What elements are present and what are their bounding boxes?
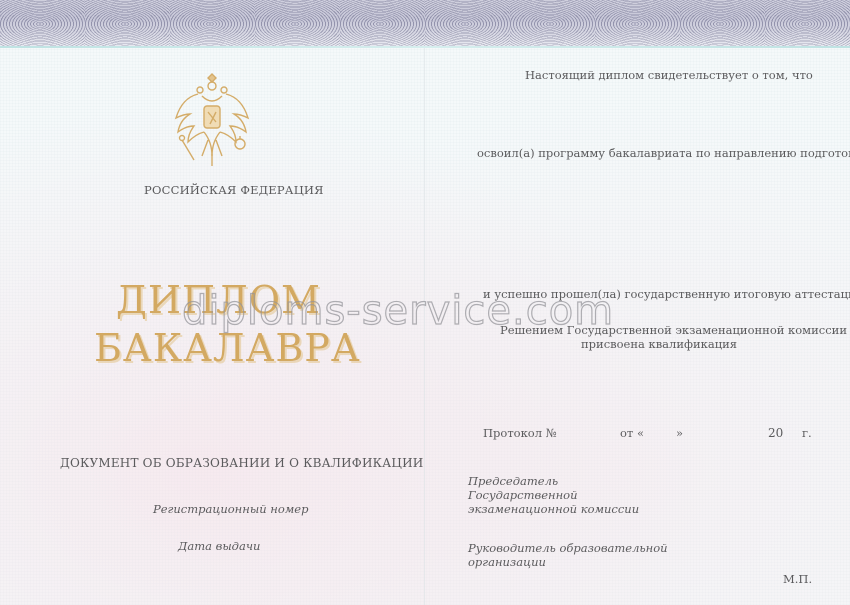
statement-line-5: присвоена квалификация xyxy=(581,337,737,351)
border-divider xyxy=(0,46,850,48)
head-label-1: Руководитель образовательной xyxy=(468,541,668,555)
stamp-place-label: М.П. xyxy=(783,572,812,586)
guilloche-border xyxy=(0,0,850,47)
protocol-date-close: » xyxy=(676,426,683,440)
head-label-2: организации xyxy=(468,555,546,569)
chairman-label-3: экзаменационной комиссии xyxy=(468,502,639,516)
protocol-year-prefix: 20 xyxy=(768,426,783,440)
country-name: РОССИЙСКАЯ ФЕДЕРАЦИЯ xyxy=(144,183,324,197)
chairman-label-1: Председатель xyxy=(468,474,558,488)
diploma-spread: РОССИЙСКАЯ ФЕДЕРАЦИЯ ДИПЛОМ БАКАЛАВРА ДО… xyxy=(0,0,850,605)
watermark: diploms-service.com xyxy=(182,288,614,334)
russian-coat-of-arms-icon xyxy=(168,70,256,174)
chairman-label-2: Государственной xyxy=(468,488,577,502)
protocol-date-open: от « xyxy=(620,426,644,440)
protocol-label: Протокол № xyxy=(483,426,557,440)
protocol-year-suffix: г. xyxy=(802,426,812,440)
statement-line-1: Настоящий диплом свидетельствует о том, … xyxy=(525,68,813,82)
registration-number-label: Регистрационный номер xyxy=(153,502,308,516)
issue-date-label: Дата выдачи xyxy=(178,539,260,553)
document-type: ДОКУМЕНТ ОБ ОБРАЗОВАНИИ И О КВАЛИФИКАЦИИ xyxy=(60,456,423,470)
statement-line-2: освоил(а) программу бакалавриата по напр… xyxy=(477,146,850,160)
